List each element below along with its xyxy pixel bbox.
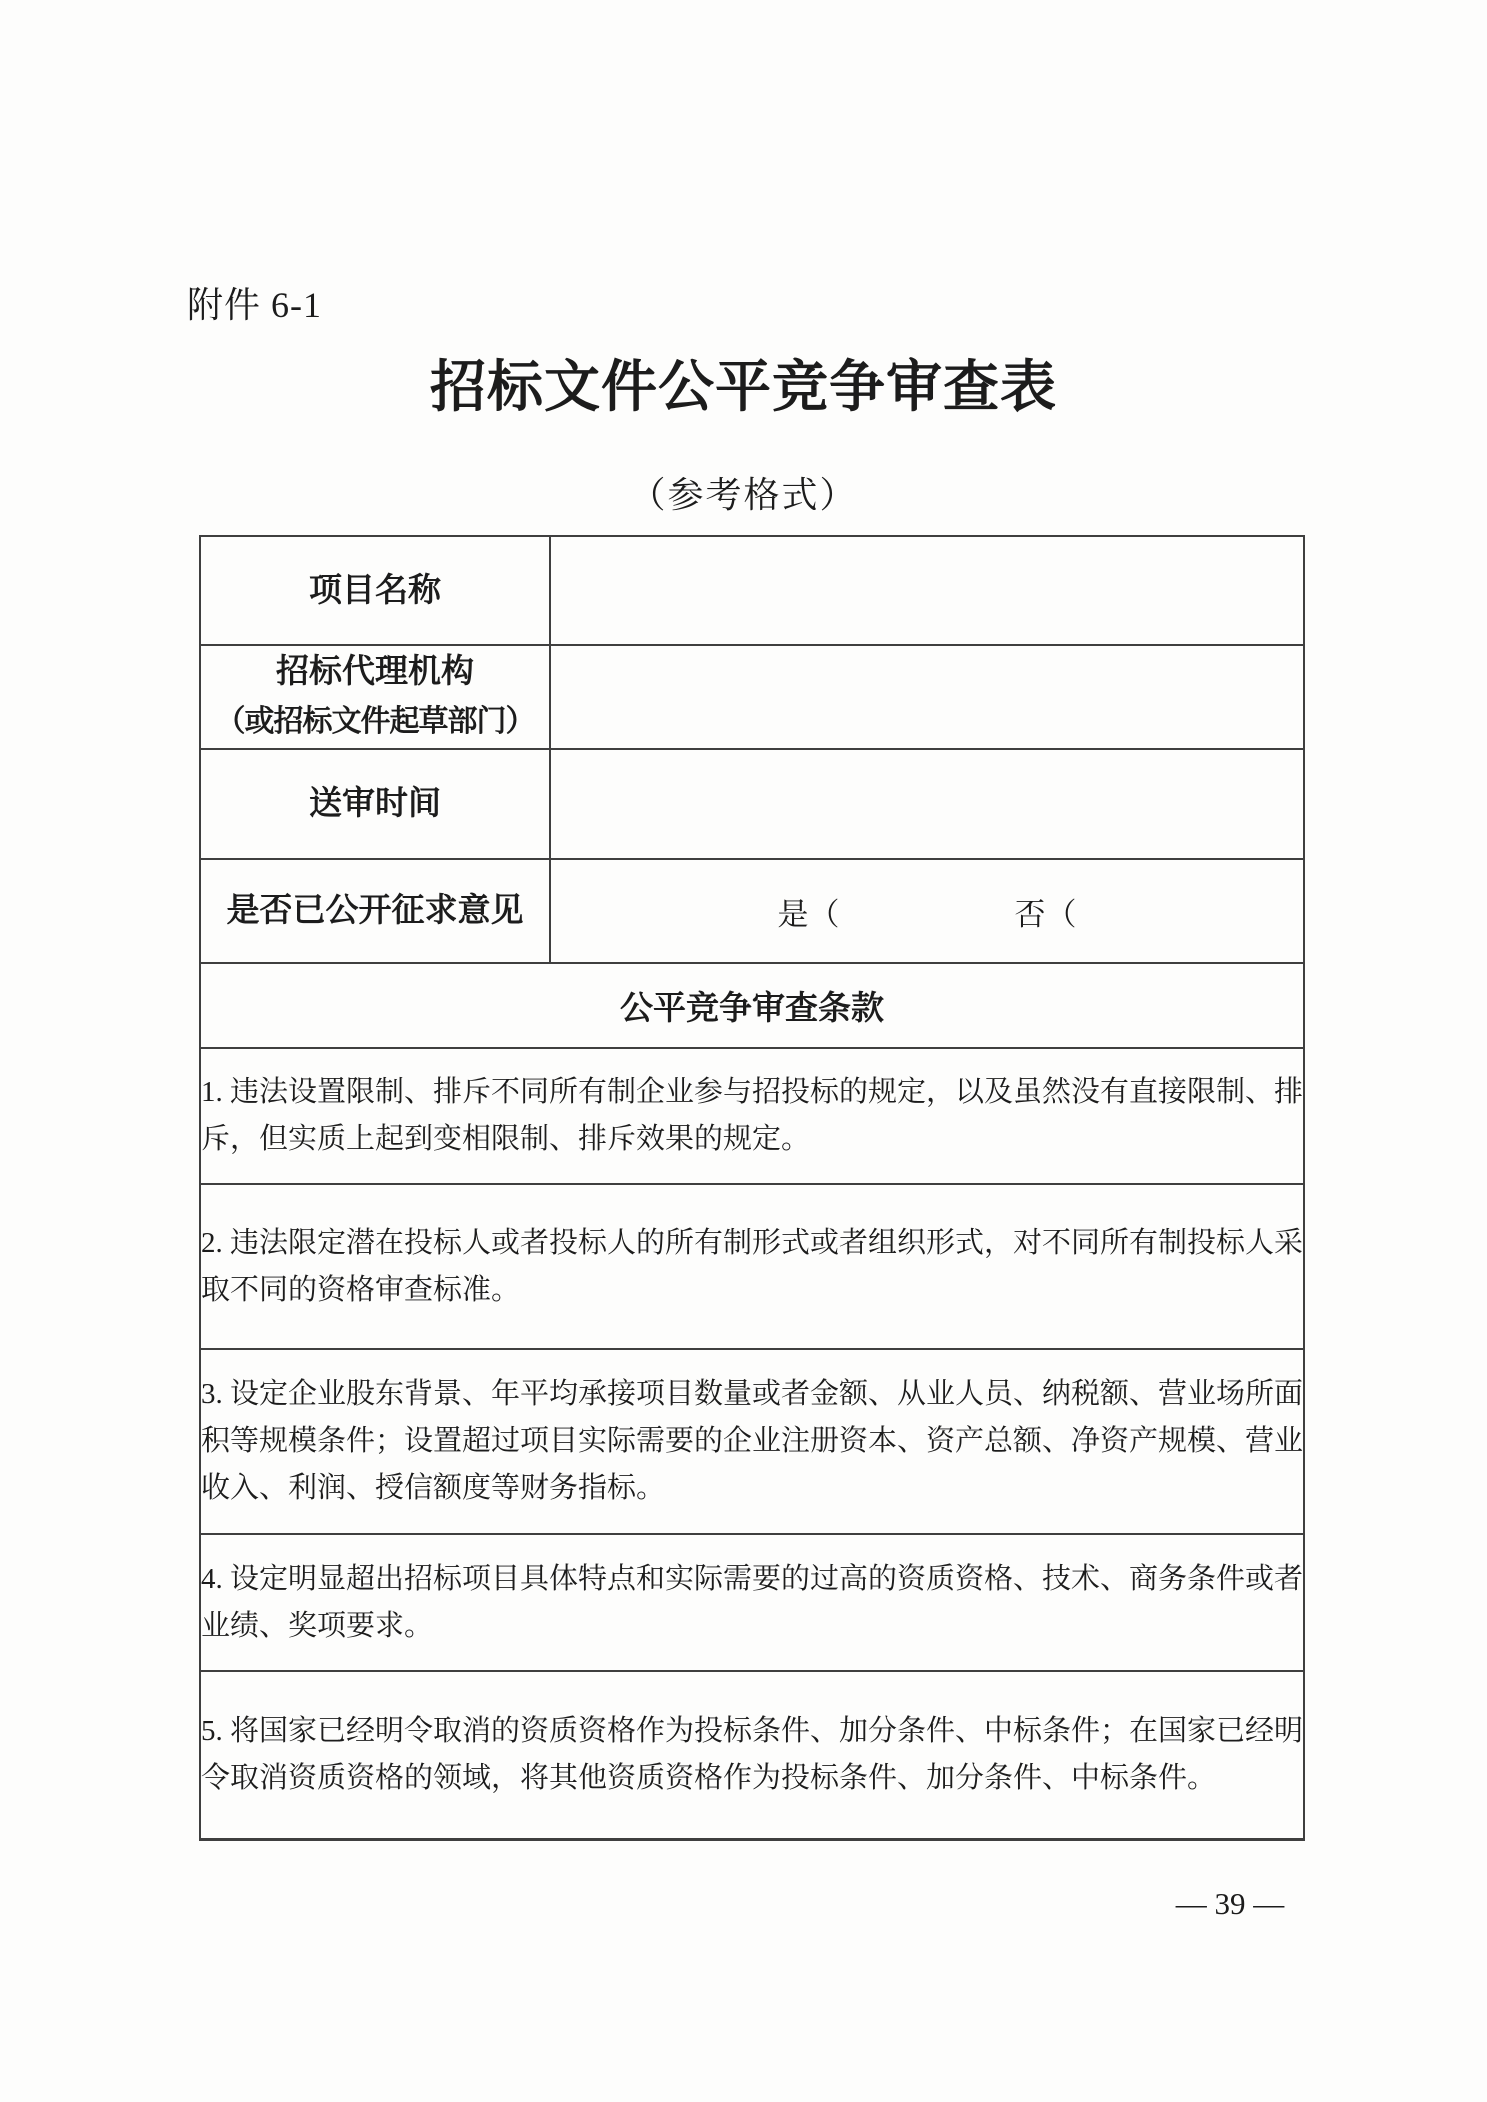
agency-label: 招标代理机构 （或招标文件起草部门） — [200, 645, 550, 749]
clause-text-1: 1. 违法设置限制、排斥不同所有制企业参与招投标的规定，以及虽然没有直接限制、排… — [200, 1048, 1304, 1184]
review-table: 项目名称 招标代理机构 （或招标文件起草部门） 送审时间 是否已公开征求意见 是… — [199, 535, 1305, 1841]
yes-no-options: 是（ 否（ — [551, 889, 1303, 934]
table-row-clause-1: 1. 违法设置限制、排斥不同所有制企业参与招投标的规定，以及虽然没有直接限制、排… — [200, 1048, 1304, 1184]
document-page: 附件 6-1 招标文件公平竞争审查表 （参考格式） 项目名称 招标代理机构 （或… — [0, 0, 1487, 2102]
table-row-public-comment: 是否已公开征求意见 是（ 否（ — [200, 859, 1304, 963]
review-time-value-cell — [550, 749, 1304, 859]
agency-label-line2: （或招标文件起草部门） — [201, 697, 549, 747]
agency-label-line1: 招标代理机构 — [201, 647, 549, 697]
project-name-label: 项目名称 — [200, 536, 550, 645]
clause-text-2: 2. 违法限定潜在投标人或者投标人的所有制形式或者组织形式，对不同所有制投标人采… — [200, 1184, 1304, 1349]
section-header: 公平竞争审查条款 — [200, 963, 1304, 1048]
agency-value-cell — [550, 645, 1304, 749]
public-comment-label: 是否已公开征求意见 — [200, 859, 550, 963]
clause-text-5: 5. 将国家已经明令取消的资质资格作为投标条件、加分条件、中标条件；在国家已经明… — [200, 1671, 1304, 1839]
table-row-review-time: 送审时间 — [200, 749, 1304, 859]
clause-text-4: 4. 设定明显超出招标项目具体特点和实际需要的过高的资质资格、技术、商务条件或者… — [200, 1534, 1304, 1671]
public-comment-value-cell: 是（ 否（ — [550, 859, 1304, 963]
table-row-clause-3: 3. 设定企业股东背景、年平均承接项目数量或者金额、从业人员、纳税额、营业场所面… — [200, 1349, 1304, 1534]
project-name-value-cell — [550, 536, 1304, 645]
table-row-section-header: 公平竞争审查条款 — [200, 963, 1304, 1048]
page-subtitle: （参考格式） — [0, 470, 1487, 520]
table-row-clause-5: 5. 将国家已经明令取消的资质资格作为投标条件、加分条件、中标条件；在国家已经明… — [200, 1671, 1304, 1839]
attachment-label: 附件 6-1 — [187, 283, 322, 327]
yes-option: 是（ — [778, 889, 840, 934]
no-option: 否（ — [1015, 889, 1077, 934]
page-number: — 39 — — [1155, 1886, 1305, 1922]
page-title: 招标文件公平竞争审查表 — [0, 352, 1487, 424]
table-row-project-name: 项目名称 — [200, 536, 1304, 645]
table-row-clause-4: 4. 设定明显超出招标项目具体特点和实际需要的过高的资质资格、技术、商务条件或者… — [200, 1534, 1304, 1671]
table-row-agency: 招标代理机构 （或招标文件起草部门） — [200, 645, 1304, 749]
review-time-label: 送审时间 — [200, 749, 550, 859]
clause-text-3: 3. 设定企业股东背景、年平均承接项目数量或者金额、从业人员、纳税额、营业场所面… — [200, 1349, 1304, 1534]
table-row-clause-2: 2. 违法限定潜在投标人或者投标人的所有制形式或者组织形式，对不同所有制投标人采… — [200, 1184, 1304, 1349]
